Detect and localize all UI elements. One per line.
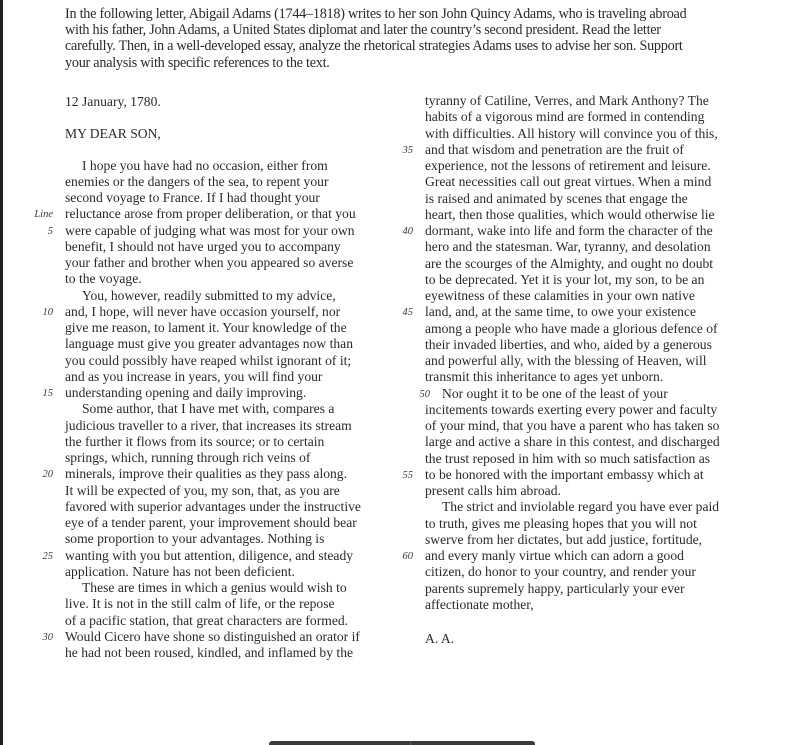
letter-line: Would Cicero have shone so distinguished… <box>65 629 395 645</box>
line-number: 25 <box>43 549 54 565</box>
letter-line: heart, then those qualities, which would… <box>425 207 755 223</box>
line-number: 40 <box>403 224 414 240</box>
letter-line-text: judicious traveller to a river, that inc… <box>65 418 352 433</box>
letter-line-text: swerve from her dictates, but add justic… <box>425 532 702 547</box>
letter-line: with difficulties. All history will conv… <box>425 126 755 142</box>
line-number: 15 <box>43 386 54 402</box>
letter-salutation: MY DEAR SON, <box>65 126 395 142</box>
letter-line-text: heart, then those qualities, which would… <box>425 207 715 222</box>
letter-line: enemies or the dangers of the sea, to re… <box>65 174 395 190</box>
letter-line: you could possibly have reaped whilst ig… <box>65 353 395 369</box>
letter-line: reluctance arose from proper deliberatio… <box>65 206 395 222</box>
letter-line: I hope you have had no occasion, either … <box>65 158 395 174</box>
letter-line: language must give you greater advantage… <box>65 336 395 352</box>
letter-line-text: were capable of judging what was most fo… <box>65 223 355 238</box>
letter-line: springs, which, running through rich vei… <box>65 450 395 466</box>
essay-prompt: In the following letter, Abigail Adams (… <box>65 6 765 71</box>
letter-line: to be deprecated. Yet it is your lot, my… <box>425 272 755 288</box>
left-letter-lines: I hope you have had no occasion, either … <box>65 158 395 662</box>
letter-line: of a pacific station, that great charact… <box>65 613 395 629</box>
letter-line: is raised and animated by scenes that en… <box>425 191 755 207</box>
letter-line-text: is raised and animated by scenes that en… <box>425 191 688 206</box>
letter-line: affectionate mother, <box>425 597 755 613</box>
letter-line: swerve from her dictates, but add justic… <box>425 532 755 548</box>
letter-line-text: large and active a share in this contest… <box>425 434 720 449</box>
letter-line-text: dormant, wake into life and form the cha… <box>425 223 713 238</box>
letter-line: of your mind, that you have a parent who… <box>425 418 755 434</box>
letter-line: Nor ought it to be one of the least of y… <box>425 386 755 402</box>
letter-line-text: second voyage to France. If I had though… <box>65 190 320 205</box>
letter-line: eye of a tender parent, your improvement… <box>65 515 395 531</box>
letter-line: and every manly virtue which can adorn a… <box>425 548 755 564</box>
letter-line-text: the further it flows from its source; or… <box>65 434 324 449</box>
letter-left-column: 12 January, 1780. MY DEAR SON, I hope yo… <box>65 94 395 661</box>
letter-line-text: Nor ought it to be one of the least of y… <box>442 386 668 401</box>
letter-line: tyranny of Catiline, Verres, and Mark An… <box>425 93 755 109</box>
letter-line: dormant, wake into life and form the cha… <box>425 223 755 239</box>
letter-line: give me reason, to lament it. Your knowl… <box>65 320 395 336</box>
letter-line-text: habits of a vigorous mind are formed in … <box>425 109 704 124</box>
letter-line: minerals, improve their qualities as the… <box>65 466 395 482</box>
line-number: 55 <box>403 468 414 484</box>
letter-line-text: affectionate mother, <box>425 597 534 612</box>
letter-line-text: citizen, do honor to your country, and r… <box>425 564 696 579</box>
letter-signature: A. A. <box>425 631 755 647</box>
letter-line: experience, not the lessons of retiremen… <box>425 158 755 174</box>
letter-line-text: give me reason, to lament it. Your knowl… <box>65 320 347 335</box>
letter-line-text: reluctance arose from proper deliberatio… <box>65 206 356 221</box>
letter-line-text: some proportion to your advantages. Noth… <box>65 531 324 546</box>
letter-line-text: to the voyage. <box>65 271 142 286</box>
prompt-line: your analysis with specific references t… <box>65 55 765 71</box>
letter-line: second voyage to France. If I had though… <box>65 190 395 206</box>
letter-line: and powerful ally, with the blessing of … <box>425 353 755 369</box>
letter-line: These are times in which a genius would … <box>65 580 395 596</box>
letter-line-text: Would Cicero have shone so distinguished… <box>65 629 360 644</box>
letter-line-text: with difficulties. All history will conv… <box>425 126 718 141</box>
line-number: 5 <box>48 224 53 240</box>
letter-line: favored with superior advantages under t… <box>65 499 395 515</box>
letter-line: habits of a vigorous mind are formed in … <box>425 109 755 125</box>
letter-line: judicious traveller to a river, that inc… <box>65 418 395 434</box>
letter-line: your father and brother when you appeare… <box>65 255 395 271</box>
letter-line: citizen, do honor to your country, and r… <box>425 564 755 580</box>
letter-line-text: favored with superior advantages under t… <box>65 499 361 514</box>
letter-line: and, I hope, will never have occasion yo… <box>65 304 395 320</box>
letter-line: The strict and inviolable regard you hav… <box>425 499 755 515</box>
line-number: 20 <box>43 467 54 483</box>
line-number: 35 <box>403 143 414 159</box>
letter-line-text: the trust reposed in him with so much sa… <box>425 451 710 466</box>
prompt-line: In the following letter, Abigail Adams (… <box>65 6 765 22</box>
letter-line-text: hero and the statesman. War, tyranny, an… <box>425 239 711 254</box>
letter-line: parents supremely happy, particularly yo… <box>425 581 755 597</box>
letter-line-text: understanding opening and daily improvin… <box>65 385 306 400</box>
letter-line: present calls him abroad. <box>425 483 755 499</box>
letter-line: to be honored with the important embassy… <box>425 467 755 483</box>
letter-line-text: Some author, that I have met with, compa… <box>82 401 334 416</box>
letter-line: Some author, that I have met with, compa… <box>65 401 395 417</box>
letter-line-text: springs, which, running through rich vei… <box>65 450 310 465</box>
letter-line: Great necessities call out great virtues… <box>425 174 755 190</box>
letter-line-text: application. Nature has not been deficie… <box>65 564 295 579</box>
letter-line: It will be expected of you, my son, that… <box>65 483 395 499</box>
letter-line: transmit this inheritance to ages yet un… <box>425 369 755 385</box>
line-number: 45 <box>403 305 414 321</box>
prompt-line: carefully. Then, in a well-developed ess… <box>65 38 765 54</box>
letter-right-column: tyranny of Catiline, Verres, and Mark An… <box>425 93 755 647</box>
letter-line-text: eyewitness of these calamities in your o… <box>425 288 695 303</box>
letter-line-text: eye of a tender parent, your improvement… <box>65 515 357 530</box>
prompt-line: with his father, John Adams, a United St… <box>65 22 765 38</box>
letter-line-text: Great necessities call out great virtues… <box>425 174 711 189</box>
letter-line-text: and powerful ally, with the blessing of … <box>425 353 707 368</box>
letter-line: some proportion to your advantages. Noth… <box>65 531 395 547</box>
letter-line-text: minerals, improve their qualities as the… <box>65 466 347 481</box>
letter-line: land, and, at the same time, to owe your… <box>425 304 755 320</box>
letter-line-text: land, and, at the same time, to owe your… <box>425 304 696 319</box>
letter-line: among a people who have made a glorious … <box>425 321 755 337</box>
letter-line-text: to be honored with the important embassy… <box>425 467 704 482</box>
toolbar-segment-left[interactable] <box>269 741 411 745</box>
letter-line: eyewitness of these calamities in your o… <box>425 288 755 304</box>
letter-line-text: transmit this inheritance to ages yet un… <box>425 369 663 384</box>
letter-line: application. Nature has not been deficie… <box>65 564 395 580</box>
line-number: 10 <box>43 305 54 321</box>
letter-line: hero and the statesman. War, tyranny, an… <box>425 239 755 255</box>
letter-line-text: he had not been roused, kindled, and inf… <box>65 645 353 660</box>
letter-line: were capable of judging what was most fo… <box>65 223 395 239</box>
bottom-toolbar[interactable] <box>269 741 535 745</box>
letter-line: to the voyage. <box>65 271 395 287</box>
letter-line: understanding opening and daily improvin… <box>65 385 395 401</box>
letter-line: are the scourges of the Almighty, and ou… <box>425 256 755 272</box>
letter-line-text: These are times in which a genius would … <box>82 580 347 595</box>
letter-line-text: of your mind, that you have a parent who… <box>425 418 719 433</box>
letter-line-text: among a people who have made a glorious … <box>425 321 718 336</box>
letter-line-text: benefit, I should not have urged you to … <box>65 239 341 254</box>
letter-line-text: are the scourges of the Almighty, and ou… <box>425 256 713 271</box>
letter-line: the further it flows from its source; or… <box>65 434 395 450</box>
letter-line-text: of a pacific station, that great charact… <box>65 613 348 628</box>
letter-line-text: live. It is not in the still calm of lif… <box>65 596 335 611</box>
right-letter-lines: tyranny of Catiline, Verres, and Mark An… <box>425 93 755 613</box>
letter-line-text: their invaded liberties, and who, aided … <box>425 337 712 352</box>
letter-line-text: parents supremely happy, particularly yo… <box>425 581 685 596</box>
letter-line: benefit, I should not have urged you to … <box>65 239 395 255</box>
letter-line-text: incitements towards exerting every power… <box>425 402 717 417</box>
window-left-edge <box>0 0 3 745</box>
letter-line: wanting with you but attention, diligenc… <box>65 548 395 564</box>
letter-line-text: and, I hope, will never have occasion yo… <box>65 304 340 319</box>
letter-line-text: and that wisdom and penetration are the … <box>425 142 684 157</box>
line-number: Line <box>34 207 53 223</box>
letter-line-text: The strict and inviolable regard you hav… <box>442 499 719 514</box>
letter-line-text: present calls him abroad. <box>425 483 561 498</box>
letter-line-text: wanting with you but attention, diligenc… <box>65 548 353 563</box>
letter-line-text: enemies or the dangers of the sea, to re… <box>65 174 328 189</box>
letter-line: and as you increase in years, you will f… <box>65 369 395 385</box>
letter-line-text: You, however, readily submitted to my ad… <box>82 288 336 303</box>
letter-line: live. It is not in the still calm of lif… <box>65 596 395 612</box>
letter-line-text: to truth, gives me pleasing hopes that y… <box>425 516 697 531</box>
line-number: 30 <box>43 630 54 646</box>
line-number: 60 <box>403 549 414 565</box>
line-number: 50 <box>420 387 431 403</box>
letter-line-text: experience, not the lessons of retiremen… <box>425 158 711 173</box>
toolbar-segment-right[interactable] <box>411 741 535 745</box>
letter-line: and that wisdom and penetration are the … <box>425 142 755 158</box>
letter-line-text: language must give you greater advantage… <box>65 336 353 351</box>
letter-line: incitements towards exerting every power… <box>425 402 755 418</box>
letter-line: he had not been roused, kindled, and inf… <box>65 645 395 661</box>
letter-line: You, however, readily submitted to my ad… <box>65 288 395 304</box>
letter-line: the trust reposed in him with so much sa… <box>425 451 755 467</box>
letter-line-text: to be deprecated. Yet it is your lot, my… <box>425 272 704 287</box>
letter-line: their invaded liberties, and who, aided … <box>425 337 755 353</box>
letter-line: to truth, gives me pleasing hopes that y… <box>425 516 755 532</box>
letter-line-text: tyranny of Catiline, Verres, and Mark An… <box>425 93 709 108</box>
letter-line: large and active a share in this contest… <box>425 434 755 450</box>
letter-line-text: It will be expected of you, my son, that… <box>65 483 340 498</box>
letter-line-text: I hope you have had no occasion, either … <box>82 158 328 173</box>
letter-line-text: you could possibly have reaped whilst ig… <box>65 353 351 368</box>
letter-line-text: your father and brother when you appeare… <box>65 255 353 270</box>
letter-line-text: and as you increase in years, you will f… <box>65 369 322 384</box>
letter-date: 12 January, 1780. <box>65 94 395 110</box>
letter-line-text: and every manly virtue which can adorn a… <box>425 548 684 563</box>
